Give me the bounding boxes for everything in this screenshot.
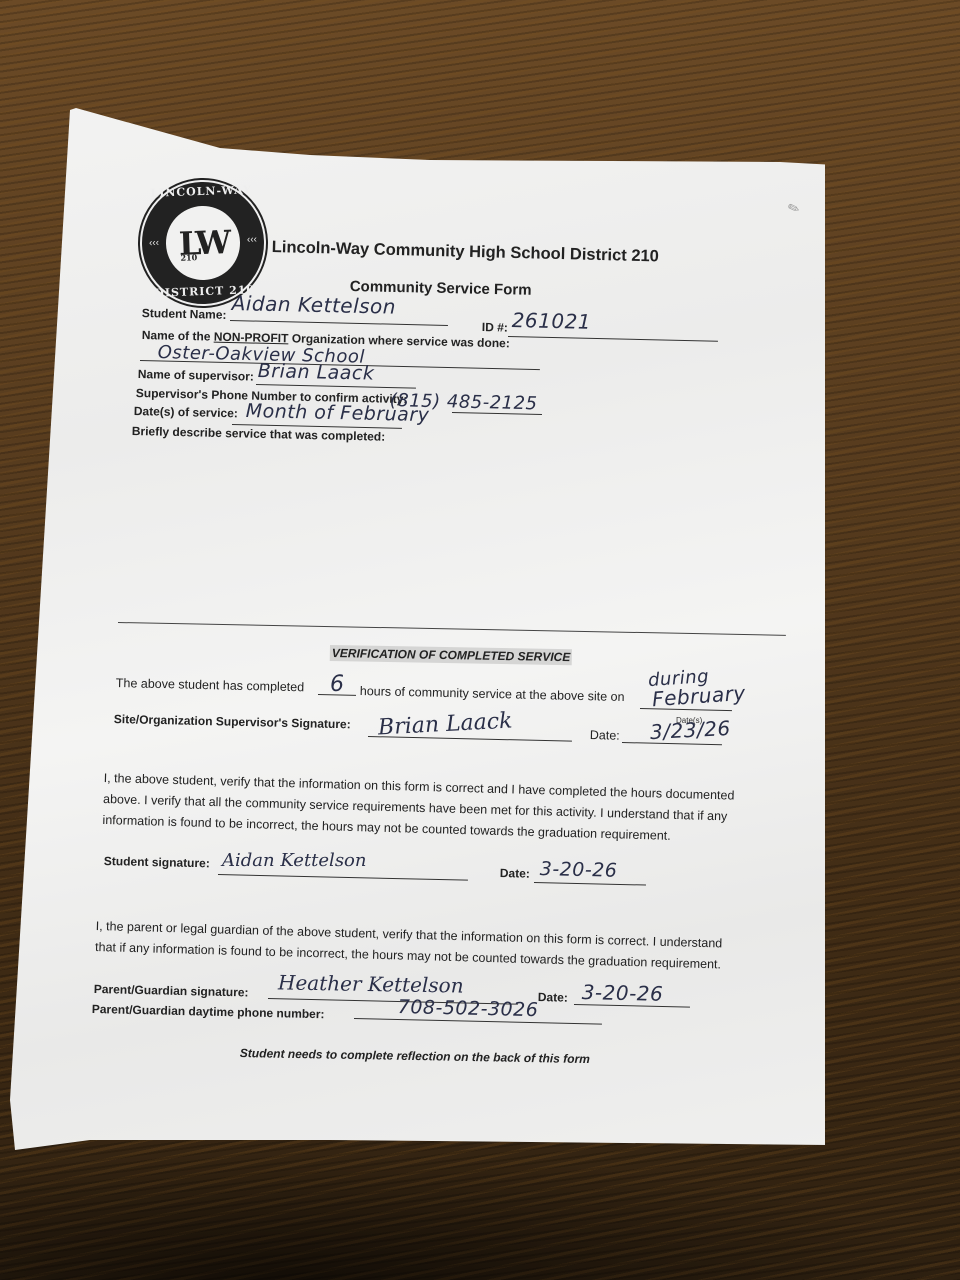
student-signature-label: Student signature: xyxy=(104,854,210,870)
student-date-value: 3-20-26 xyxy=(540,858,618,882)
student-name-field: Student Name: xyxy=(142,304,227,324)
parent-date-value: 3-20-26 xyxy=(581,980,663,1006)
student-name-value: Aidan Kettelson xyxy=(231,291,396,319)
parent-phone-value: 708-502-3026 xyxy=(398,996,539,1021)
supervisor-date-label: Date: xyxy=(590,728,620,743)
id-label: ID #: xyxy=(482,320,508,335)
parent-date-label: Date: xyxy=(538,990,568,1005)
student-date-label: Date: xyxy=(500,866,530,881)
organization-label-prefix: Name of the xyxy=(142,328,214,344)
service-dates-label: Date(s) of service: xyxy=(134,404,238,420)
student-signature: Aidan Kettelson xyxy=(222,850,366,871)
supervisor-name-value: Brian Laack xyxy=(258,360,375,385)
service-dates-value: Month of February xyxy=(246,400,430,426)
supervisor-date-value: 3/23/26 xyxy=(649,716,731,744)
parent-signature: Heather Kettelson xyxy=(278,970,464,997)
hours-value: 6 xyxy=(330,672,345,697)
supervisor-name-label: Name of supervisor: xyxy=(138,367,254,384)
id-value: 261021 xyxy=(511,308,591,334)
table-shadow xyxy=(0,1150,960,1280)
logo-monogram-number: 210 xyxy=(180,252,197,263)
logo-monogram-circle: LW 210 xyxy=(165,205,242,282)
logo-chevron-icon: ‹‹‹ xyxy=(149,238,159,249)
logo-chevron-icon: ‹‹‹ xyxy=(247,234,257,245)
student-name-label: Student Name: xyxy=(142,306,227,322)
